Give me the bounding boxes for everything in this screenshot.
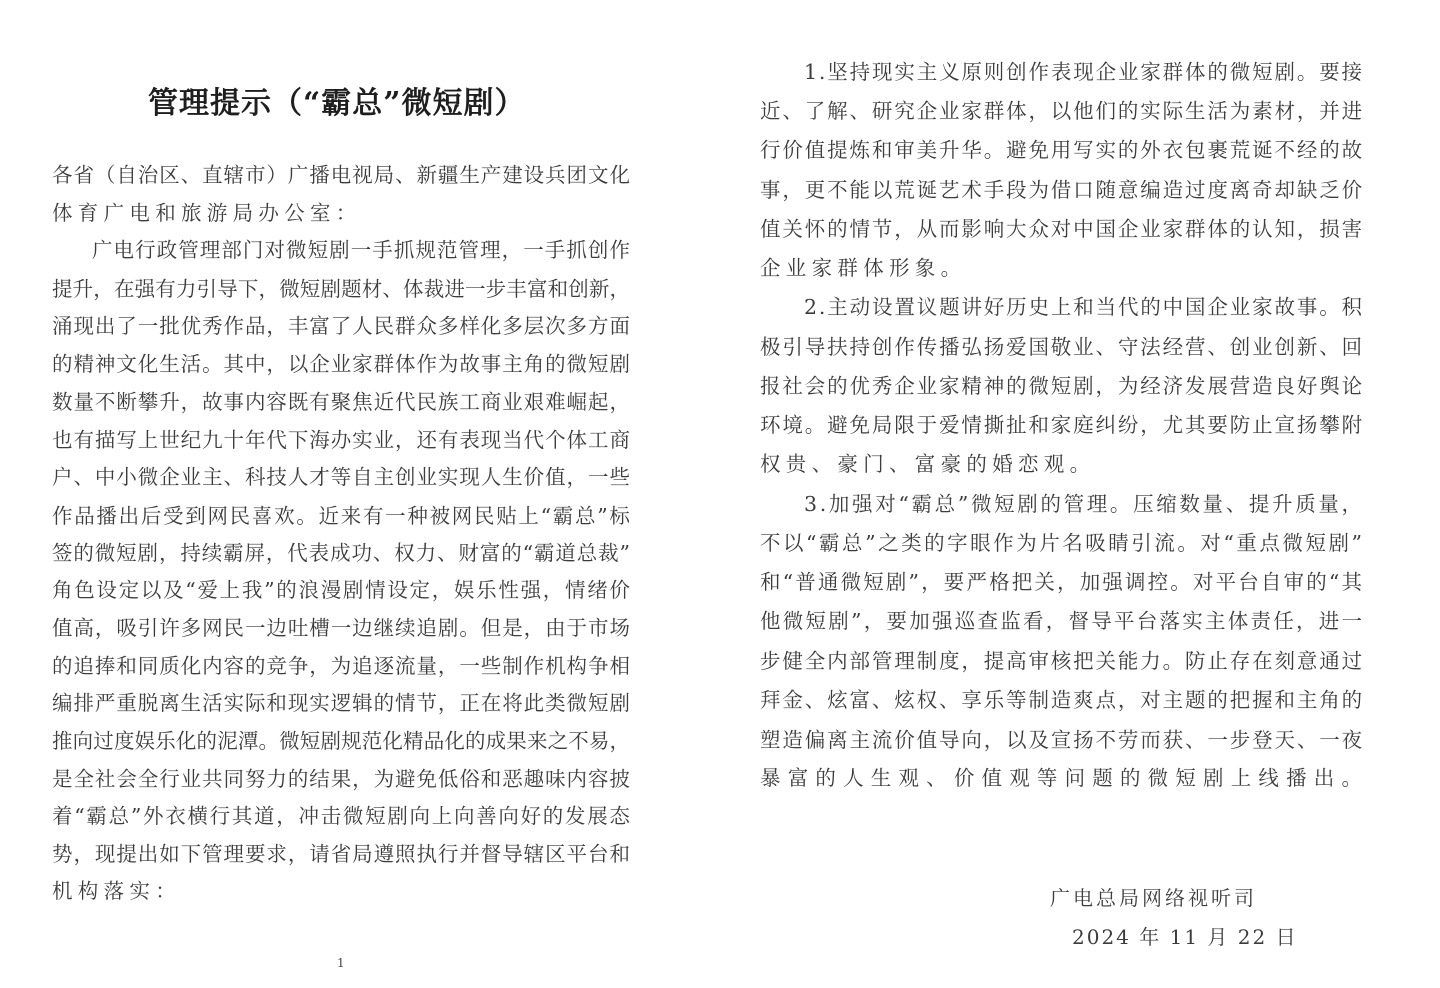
text-line: 也有描写上世纪九十年代下海办实业，还有表现当代个体工商 [52, 427, 631, 453]
text-line: 事，更不能以荒诞艺术手段为借口随意编造过度离奇却缺乏价 [760, 177, 1364, 203]
text-line: 着“霸总”外衣横行其道，冲击微短剧向上向善向好的发展态 [52, 803, 632, 829]
text-line: 2.主动设置议题讲好历史上和当代的中国企业家故事。积 [804, 294, 1364, 320]
text-line: 数量不断攀升，故事内容既有聚焦近代民族工商业艰难崛起， [52, 389, 631, 415]
text-line: 是全社会全行业共同努力的结果，为避免低俗和恶趣味内容披 [52, 766, 631, 792]
text-line: 编排严重脱离生活实际和现实逻辑的情节，正在将此类微短剧 [52, 690, 631, 716]
issuing-organization: 广电总局网络视听司 [1050, 882, 1257, 911]
text-line: 各省（自治区、直辖市）广播电视局、新疆生产建设兵团文化 [52, 162, 631, 188]
text-line: 企业家群体形象。 [760, 255, 966, 281]
text-line: 签的微短剧，持续霸屏，代表成功、权力、财富的“霸道总裁” [52, 540, 631, 566]
text-line: 的精神文化生活。其中，以企业家群体作为故事主角的微短剧 [52, 351, 631, 377]
text-line: 户、中小微企业主、科技人才等自主创业实现人生价值，一些 [52, 464, 631, 490]
document-page-left: 管理提示（“霸总”微短剧） 各省（自治区、直辖市）广播电视局、新疆生产建设兵团文… [0, 0, 700, 988]
text-line: 提升，在强有力引导下，微短剧题材、体裁进一步丰富和创新， [52, 276, 630, 302]
text-line: 值高，吸引许多网民一边吐槽一边继续追剧。但是，由于市场 [52, 615, 631, 641]
text-line: 他微短剧”，要加强巡查监看，督导平台落实主体责任，进一 [760, 608, 1364, 634]
text-line: 机构落实： [52, 878, 181, 904]
text-line: 体育广电和旅游局办公室： [52, 200, 362, 226]
text-line: 暴富的人生观、价值观等问题的微短剧上线播出。 [760, 765, 1369, 791]
text-line: 不以“霸总”之类的字眼作为片名吸睛引流。对“重点微短剧” [760, 530, 1364, 556]
text-line: 1.坚持现实主义原则创作表现企业家群体的微短剧。要接 [804, 59, 1364, 85]
text-line: 步健全内部管理制度，提高审核把关能力。防止存在刻意通过 [760, 648, 1364, 674]
text-line: 值关怀的情节，从而影响大众对中国企业家群体的认知，损害 [760, 216, 1364, 242]
text-line: 势，现提出如下管理要求，请省局遵照执行并督导辖区平台和 [52, 841, 631, 867]
text-line: 权贵、豪门、富豪的婚恋观。 [760, 451, 1095, 477]
text-line: 环境。避免局限于爱情撕扯和家庭纠纷，尤其要防止宣扬攀附 [760, 412, 1364, 438]
text-line: 报社会的优秀企业家精神的微短剧，为经济发展营造良好舆论 [760, 373, 1364, 399]
text-line: 推向过度娱乐化的泥潭。微短剧规范化精品化的成果来之不易， [52, 728, 630, 754]
page-number: 1 [337, 956, 345, 970]
text-line: 行价值提炼和审美升华。避免用写实的外衣包裹荒诞不经的故 [760, 137, 1364, 163]
text-line: 3.加强对“霸总”微短剧的管理。压缩数量、提升质量， [804, 491, 1365, 517]
text-line: 极引导扶持创作传播弘扬爱国敬业、守法经营、创业创新、回 [760, 334, 1364, 360]
document-page-right: 1.坚持现实主义原则创作表现企业家群体的微短剧。要接近、了解、研究企业家群体，以… [720, 0, 1440, 988]
text-line: 近、了解、研究企业家群体，以他们的实际生活为素材，并进 [760, 98, 1364, 124]
text-line: 的追捧和同质化内容的竞争，为追逐流量，一些制作机构争相 [52, 653, 631, 679]
text-line: 涌现出了一批优秀作品，丰富了人民群众多样化多层次多方面 [52, 313, 631, 339]
text-line: 广电行政管理部门对微短剧一手抓规范管理，一手抓创作 [92, 237, 631, 263]
text-line: 拜金、炫富、炫权、享乐等制造爽点，对主题的把握和主角的 [760, 687, 1364, 713]
text-line: 角色设定以及“爱上我”的浪漫剧情设定，娱乐性强，情绪价 [52, 577, 632, 603]
text-line: 塑造偏离主流价值导向，以及宣扬不劳而获、一步登天、一夜 [760, 727, 1364, 753]
document-title: 管理提示（“霸总”微短剧） [148, 78, 526, 122]
issue-date: 2024 年 11 月 22 日 [1072, 921, 1298, 950]
text-line: 作品播出后受到网民喜欢。近来有一种被网民贴上“霸总”标 [52, 503, 632, 529]
text-line: 和“普通微短剧”，要严格把关，加强调控。对平台自审的“其 [760, 569, 1364, 595]
